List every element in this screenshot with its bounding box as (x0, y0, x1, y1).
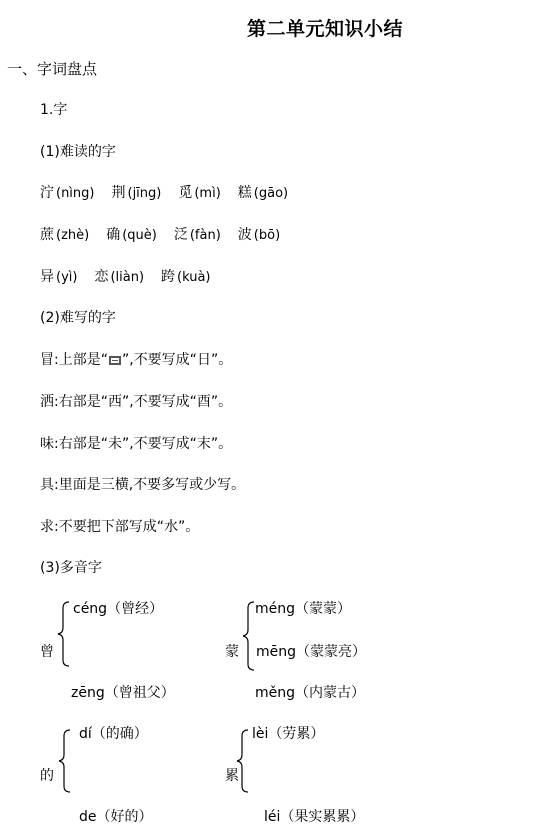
char: 味 (40, 436, 54, 452)
char: 糕 (238, 185, 252, 201)
rule-text-post: ”,不要写成“日”。 (122, 352, 232, 368)
hard-to-read-heading: (1)难读的字 (40, 141, 116, 161)
rule-text: :不要把下部写成“水”。 (54, 519, 199, 535)
document-page: 第二单元知识小结 一、字词盘点 1.字 (1)难读的字 泞(nìng) 荆(jī… (0, 0, 541, 837)
hollow-radical-box-icon (109, 356, 121, 365)
char: 蔗 (40, 227, 54, 243)
word-entry: 异(yì) (40, 266, 77, 286)
reading-meng3: měng（内蒙古） (255, 682, 365, 702)
char: 泞 (40, 185, 54, 201)
pinyin-row-1: 泞(nìng) 荆(jīng) 觅(mì) 糕(gāo) (40, 182, 305, 202)
pinyin: (nìng) (56, 186, 95, 201)
brace-icon (57, 728, 71, 794)
pinyin: (gāo) (254, 186, 288, 201)
char: 泛 (174, 227, 188, 243)
char: 异 (40, 269, 54, 285)
char: 冒 (40, 352, 54, 368)
section-heading: 一、字词盘点 (7, 58, 97, 79)
word-entry: 蔗(zhè) (40, 224, 89, 244)
pinyin: (kuà) (177, 270, 210, 285)
reading-de: de（好的） (79, 806, 153, 826)
rule-text: :右部是“西”,不要写成“酉”。 (54, 394, 232, 410)
reading-zeng: zēng（曾祖父） (71, 682, 175, 702)
char: 恋 (94, 269, 108, 285)
reading-ceng: céng（曾经） (73, 598, 163, 618)
char: 跨 (161, 269, 175, 285)
word-entry: 确(què) (106, 224, 157, 244)
pinyin: (bō) (254, 228, 280, 243)
hard-to-write-heading: (2)难写的字 (40, 307, 116, 327)
rule-line-sa: 洒:右部是“西”,不要写成“酉”。 (40, 391, 232, 411)
word-entry: 恋(liàn) (94, 266, 144, 286)
pinyin: (jīng) (128, 186, 162, 201)
pinyin: (yì) (56, 270, 77, 285)
word-entry: 糕(gāo) (238, 182, 288, 202)
reading-meng1: mēng（蒙蒙亮） (256, 641, 366, 661)
char: 荆 (112, 185, 126, 201)
char: 确 (106, 227, 120, 243)
brace-icon (235, 728, 249, 794)
pinyin: (mì) (194, 186, 220, 201)
reading-lei2: léi（果实累累） (264, 806, 364, 826)
char: 具 (40, 477, 54, 493)
rule-text: :右部是“未”,不要写成“末”。 (54, 436, 232, 452)
pinyin-row-3: 异(yì) 恋(liàn) 跨(kuà) (40, 266, 228, 286)
polyphonic-char-meng: 蒙 (225, 641, 239, 661)
rule-line-wei: 味:右部是“未”,不要写成“末”。 (40, 433, 232, 453)
rule-text-pre: :上部是“ (54, 352, 108, 368)
word-entry: 觅(mì) (178, 182, 220, 202)
word-entry: 波(bō) (238, 224, 280, 244)
char: 求 (40, 519, 54, 535)
polyphonic-heading: (3)多音字 (40, 557, 102, 577)
pinyin: (liàn) (110, 270, 144, 285)
word-entry: 跨(kuà) (161, 266, 210, 286)
brace-icon (241, 600, 255, 672)
reading-lei4: lèi（劳累） (252, 723, 324, 743)
rule-text: :里面是三横,不要多写或少写。 (54, 477, 245, 493)
char: 波 (238, 227, 252, 243)
reading-meng2: méng（蒙蒙） (255, 598, 351, 618)
polyphonic-char-ceng: 曾 (40, 641, 54, 661)
brace-icon (57, 600, 71, 668)
word-entry: 泛(fàn) (174, 224, 221, 244)
rule-line-qiu: 求:不要把下部写成“水”。 (40, 516, 199, 536)
subsection-heading: 1.字 (40, 99, 67, 119)
char: 洒 (40, 394, 54, 410)
word-entry: 荆(jīng) (112, 182, 162, 202)
reading-di: dí（的确） (79, 723, 148, 743)
word-entry: 泞(nìng) (40, 182, 95, 202)
pinyin: (fàn) (190, 228, 221, 243)
polyphonic-char-de: 的 (40, 765, 54, 785)
char: 觅 (178, 185, 192, 201)
pinyin: (què) (122, 228, 157, 243)
rule-line-ju: 具:里面是三横,不要多写或少写。 (40, 474, 245, 494)
rule-line-mao: 冒:上部是“”,不要写成“日”。 (40, 349, 232, 369)
pinyin: (zhè) (56, 228, 89, 243)
pinyin-row-2: 蔗(zhè) 确(què) 泛(fàn) 波(bō) (40, 224, 297, 244)
page-title: 第二单元知识小结 (247, 14, 403, 41)
